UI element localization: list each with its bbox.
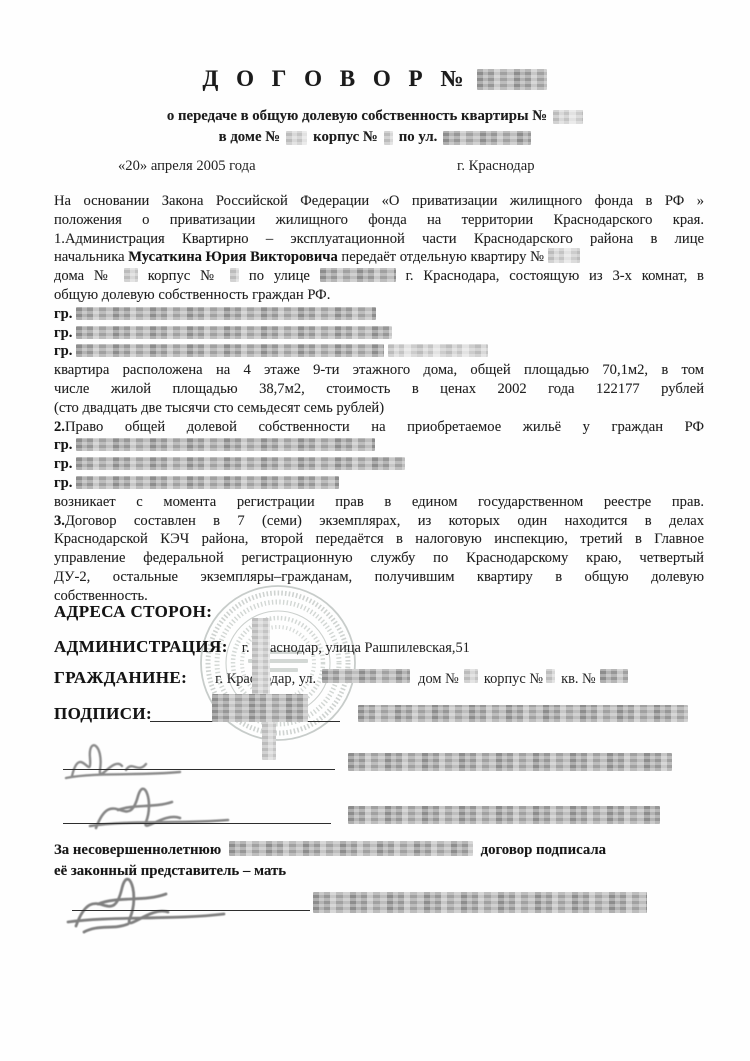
redacted-house-number	[124, 268, 138, 282]
body-line: возникает с момента регистрации прав в е…	[54, 493, 704, 512]
redacted-signatory-name-3	[348, 806, 660, 824]
body-text: Договор составлен в 7 (семи) экземплярах…	[65, 513, 704, 529]
redacted-contract-number	[477, 69, 547, 90]
redacted-citizen-details	[388, 344, 488, 357]
pixelated-signature-stroke	[262, 722, 276, 760]
subtitle-text-2b: корпус №	[313, 129, 378, 146]
body-text: передаёт отдельную квартиру №	[341, 249, 544, 265]
minor-note-text-1: За несовершеннолетнюю	[54, 842, 221, 858]
body-line: общую долевую собственность граждан РФ.	[54, 286, 704, 305]
citizen-address-label: ГРАЖДАНИНЕ:	[54, 668, 187, 688]
subtitle-text-2a: в доме №	[219, 129, 281, 146]
redacted-signatory-name-2	[348, 753, 672, 771]
addresses-heading-row: АДРЕСА СТОРОН:	[54, 602, 212, 622]
redacted-citizen-name	[76, 326, 392, 339]
body-text: корпус №	[148, 268, 221, 284]
redacted-street-name	[320, 268, 396, 282]
contract-city: г. Краснодар	[457, 158, 535, 175]
clause-number: 2.	[54, 419, 65, 435]
body-line: На основании Закона Российской Федерации…	[54, 192, 704, 211]
subtitle-line-1: о передаче в общую долевую собственность…	[0, 108, 750, 125]
signatures-label: ПОДПИСИ:	[54, 704, 152, 724]
signature-line-2	[63, 769, 335, 770]
citizen-label: гр.	[54, 325, 72, 341]
redacted-signatory-name-4	[313, 892, 647, 913]
handwritten-signature-4	[64, 866, 249, 938]
signature-line-3	[63, 823, 331, 824]
redacted-citizen-name	[76, 307, 376, 320]
citizen-address-row: ГРАЖДАНИНЕ: г. Краснодар, ул. дом № корп…	[54, 668, 628, 688]
document-title: Д О Г О В О Р №	[203, 66, 470, 92]
handwritten-signature-3	[88, 776, 248, 838]
redacted-building-number	[230, 268, 239, 282]
citizen-label: гр.	[54, 343, 72, 359]
redacted-apartment-number	[600, 669, 628, 683]
redacted-street-name	[443, 131, 531, 145]
citizen-line: гр.	[54, 474, 704, 493]
citizen-address-d: кв. №	[561, 671, 596, 688]
minor-note-text-2: договор подписала	[481, 842, 607, 858]
citizen-line: гр.	[54, 342, 704, 361]
body-text: г. Краснодара, состоящую из 3-х комнат, …	[406, 268, 704, 284]
contract-date: «20» апреля 2005 года	[118, 158, 256, 175]
citizen-label: гр.	[54, 437, 72, 453]
body-text: Право общей долевой собственности на при…	[65, 419, 704, 435]
citizen-label: гр.	[54, 306, 72, 322]
body-line: Краснодарской КЭЧ района, второй передаё…	[54, 530, 704, 549]
redacted-minor-name	[229, 841, 473, 856]
body-line: положения о приватизации жилищного фонда…	[54, 211, 704, 230]
citizen-line: гр.	[54, 305, 704, 324]
addresses-heading: АДРЕСА СТОРОН:	[54, 602, 212, 622]
signature-line-4	[72, 910, 310, 911]
body-line: управление федеральной регистрационную с…	[54, 549, 704, 568]
contract-document-page: Д О Г О В О Р № о передаче в общую долев…	[0, 0, 750, 1061]
body-text: по улице	[249, 268, 310, 284]
official-name: Мусаткина Юрия Викторовича	[128, 249, 338, 265]
citizen-address-c: корпус №	[484, 671, 543, 688]
signatures-row: ПОДПИСИ:	[54, 704, 152, 724]
citizen-line: гр.	[54, 455, 704, 474]
document-title-row: Д О Г О В О Р №	[0, 66, 750, 92]
body-line: дома № корпус № по улице г. Краснодара, …	[54, 267, 704, 286]
citizen-line: гр.	[54, 436, 704, 455]
pixelated-signature-1	[212, 694, 308, 722]
redacted-citizen-name	[76, 438, 375, 451]
subtitle-text-1: о передаче в общую долевую собственность…	[167, 108, 547, 125]
citizen-address-b: дом №	[418, 671, 459, 688]
body-line: 2.Право общей долевой собственности на п…	[54, 418, 704, 437]
redacted-building-number	[546, 669, 555, 683]
subtitle-text-2c: по ул.	[399, 129, 438, 146]
body-line: (сто двадцать две тысячи сто семьдесят с…	[54, 399, 704, 418]
redacted-house-number	[464, 669, 478, 683]
redacted-citizen-name	[76, 457, 405, 470]
redacted-apartment-number	[553, 110, 583, 124]
redacted-citizen-name	[76, 344, 384, 357]
subtitle-line-2: в доме № корпус № по ул.	[0, 129, 750, 146]
body-text: начальника	[54, 249, 125, 265]
administration-label: АДМИНИСТРАЦИЯ:	[54, 637, 228, 657]
redacted-signatory-name-1	[358, 705, 688, 722]
citizen-label: гр.	[54, 456, 72, 472]
clause-number: 3.	[54, 513, 65, 529]
body-line: 1.Администрация Квартирно – эксплуатацио…	[54, 230, 704, 249]
citizen-line: гр.	[54, 324, 704, 343]
redacted-building-number	[384, 131, 393, 145]
pixelated-signature-stroke	[252, 618, 270, 696]
redacted-house-number	[286, 131, 307, 145]
round-official-stamp	[192, 582, 364, 748]
administration-address: г. Краснодар, улица Рашпилевская,51	[242, 640, 470, 657]
body-line: числе жилой площадью 38,7м2, стоимость в…	[54, 380, 704, 399]
redacted-street-name	[322, 669, 410, 683]
redacted-citizen-name	[76, 476, 339, 489]
body-text: дома №	[54, 268, 114, 284]
citizen-label: гр.	[54, 475, 72, 491]
body-line: начальника Мусаткина Юрия Викторовича пе…	[54, 248, 704, 267]
body-line: квартира расположена на 4 этаже 9-ти эта…	[54, 361, 704, 380]
redacted-apartment-number	[548, 248, 580, 263]
contract-body: На основании Закона Российской Федерации…	[54, 192, 704, 606]
body-line: ДУ-2, остальные экземпляры–гражданам, по…	[54, 568, 704, 587]
body-line: 3.Договор составлен в 7 (семи) экземпляр…	[54, 512, 704, 531]
